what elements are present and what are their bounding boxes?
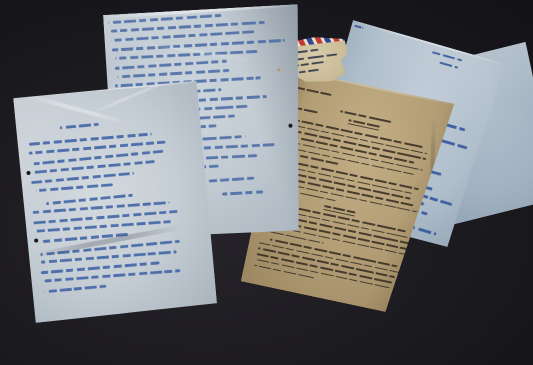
paper-crease [22, 92, 129, 125]
handwriting-line [112, 39, 285, 51]
handwriting-line [432, 51, 463, 61]
typed-text-line [280, 145, 414, 175]
typed-text-line [254, 264, 314, 278]
photo-of-letters [0, 0, 533, 365]
paper-crease [352, 20, 506, 66]
handwriting-line [35, 183, 112, 192]
typed-text-line [257, 253, 395, 284]
punch-hole [288, 123, 293, 128]
punch-hole [34, 238, 39, 243]
handwriting-line [44, 284, 106, 292]
handwriting-line [46, 194, 133, 205]
handwriting-line [59, 123, 98, 129]
handwriting-line [439, 62, 458, 69]
handwriting-line [115, 50, 257, 60]
typed-text-line [255, 259, 390, 289]
handwriting-line [115, 60, 227, 70]
handwriting-line [354, 25, 363, 29]
punch-hole [26, 170, 31, 175]
handwriting-line [205, 177, 254, 183]
handwriting-line [109, 14, 222, 24]
typed-text-line [296, 87, 332, 96]
handwriting-line [41, 232, 129, 242]
handwriting-line [222, 190, 263, 195]
handwriting-line [298, 69, 318, 74]
handwriting-line [31, 171, 134, 183]
handwriting-line [292, 53, 337, 61]
handwriting-line [117, 69, 229, 78]
handwriting-line [111, 31, 254, 42]
paper-speck [277, 68, 280, 71]
grey-handwritten-letter-left [13, 80, 217, 323]
